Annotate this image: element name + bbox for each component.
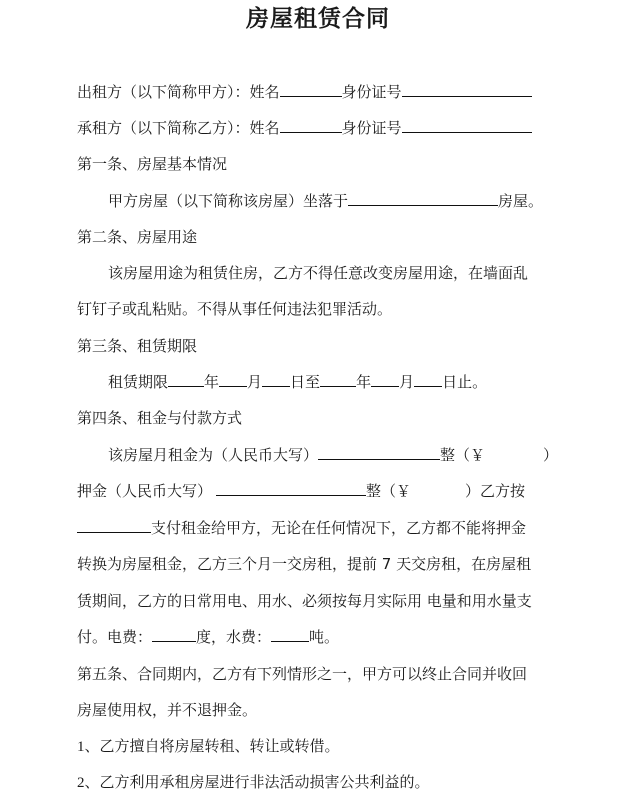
lessee-label: 承租方（以下简称乙方）：姓名 [77, 119, 280, 137]
lessee-line: 承租方（以下简称乙方）：姓名身份证号 [77, 118, 532, 138]
rent-amount-blank[interactable] [318, 445, 440, 460]
electricity-blank[interactable] [152, 627, 196, 642]
address-blank[interactable] [348, 191, 498, 206]
rent-whole-label: 整（￥ [440, 446, 485, 464]
document-title: 房屋租赁合同 [0, 2, 636, 36]
year-label: 年 [204, 373, 219, 391]
lessor-label: 出租方（以下简称甲方）：姓名 [77, 83, 280, 101]
article1-text: 甲方房屋（以下简称该房屋）坐落于房屋。 [108, 191, 543, 211]
water-blank[interactable] [271, 627, 309, 642]
rent-line: 该房屋月租金为（人民币大写）整（￥） [108, 445, 558, 465]
lessee-id-blank[interactable] [402, 118, 532, 133]
start-year-blank[interactable] [168, 372, 204, 387]
article2-line1: 该房屋用途为租赁住房，乙方不得任意改变房屋用途，在墙面乱 [108, 263, 528, 283]
article5-line2: 房屋使用权，并不退押金。 [77, 700, 257, 720]
article4-line4: 转换为房屋租金，乙方三个月一交房租，提前 7 天交房租，在房屋租 [77, 554, 531, 574]
deposit-after: ）乙方按 [465, 482, 525, 500]
month-label: 月 [399, 373, 414, 391]
start-month-blank[interactable] [219, 372, 247, 387]
deposit-label: 押金（人民币大写） [77, 482, 212, 500]
end-year-blank[interactable] [320, 372, 356, 387]
article2-line2: 钉钉子或乱粘贴。不得从事任何违法犯罪活动。 [77, 299, 392, 319]
article5-item1: 1、乙方擅自将房屋转租、转让或转借。 [77, 736, 340, 757]
article2-heading: 第二条、房屋用途 [77, 227, 197, 247]
lessor-id-label: 身份证号 [342, 83, 402, 101]
payment-method-blank[interactable] [77, 518, 151, 533]
end-month-blank[interactable] [371, 372, 399, 387]
month-label: 月 [247, 373, 262, 391]
lessor-id-blank[interactable] [402, 82, 532, 97]
article3-heading: 第三条、租赁期限 [77, 336, 197, 356]
article1-text-before: 甲方房屋（以下简称该房屋）坐落于 [108, 192, 348, 210]
term-prefix: 租赁期限 [108, 373, 168, 391]
article4-line5: 赁期间，乙方的日常用电、用水、必须按每月实际用 电量和用水量支 [77, 591, 532, 611]
item-text: 、乙方擅自将房屋转租、转让或转借。 [85, 737, 340, 755]
lessor-name-blank[interactable] [280, 82, 342, 97]
item-text: 、乙方利用承租房屋进行非法活动损害公共利益的。 [85, 773, 430, 791]
article1-text-after: 房屋。 [498, 192, 543, 210]
utility-line: 付。电费：度，水费：吨。 [77, 627, 339, 647]
lessor-line: 出租方（以下简称甲方）：姓名身份证号 [77, 82, 532, 102]
ton-label: 吨。 [309, 628, 339, 646]
article3-term: 租赁期限年月日至年月日止。 [108, 372, 487, 392]
end-day-blank[interactable] [414, 372, 442, 387]
day-to-label: 日至 [290, 373, 320, 391]
start-day-blank[interactable] [262, 372, 290, 387]
close-paren: ） [543, 446, 558, 464]
article5-line1: 第五条、合同期内，乙方有下列情形之一，甲方可以终止合同并收回 [77, 664, 527, 684]
deposit-whole-label: 整（￥ [366, 482, 411, 500]
deposit-amount-blank[interactable] [216, 481, 366, 496]
payment-line: 支付租金给甲方，无论在任何情况下，乙方都不能将押金 [77, 518, 526, 538]
day-end-label: 日止。 [442, 373, 487, 391]
water-label: 度，水费： [196, 628, 271, 646]
lessee-name-blank[interactable] [280, 118, 342, 133]
deposit-line: 押金（人民币大写）整（￥）乙方按 [77, 481, 525, 501]
article5-item2: 2、乙方利用承租房屋进行非法活动损害公共利益的。 [77, 772, 430, 793]
item-number: 2 [77, 775, 85, 791]
lessee-id-label: 身份证号 [342, 119, 402, 137]
article4-heading: 第四条、租金与付款方式 [77, 408, 242, 428]
year-label: 年 [356, 373, 371, 391]
item-number: 1 [77, 739, 85, 755]
rent-label: 该房屋月租金为（人民币大写） [108, 446, 318, 464]
electricity-label: 付。电费： [77, 628, 152, 646]
payment-text: 支付租金给甲方，无论在任何情况下，乙方都不能将押金 [151, 519, 526, 537]
article1-heading: 第一条、房屋基本情况 [77, 154, 227, 174]
